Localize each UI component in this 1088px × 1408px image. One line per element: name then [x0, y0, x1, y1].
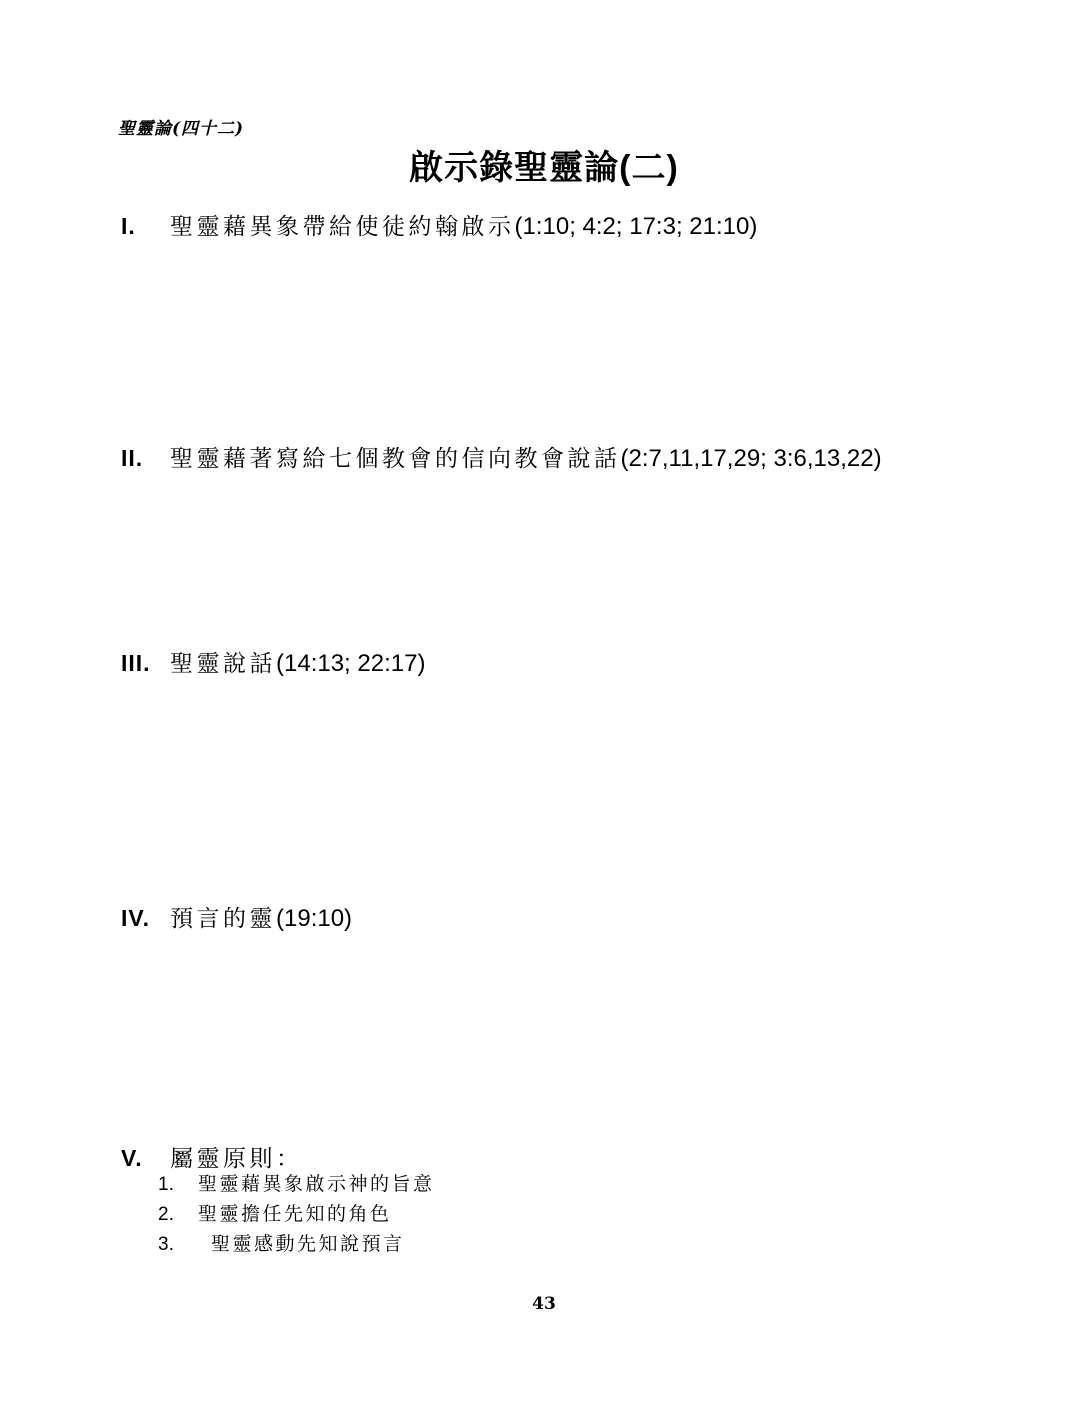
- subitem-1-number: 1.: [158, 1174, 198, 1196]
- section-iii-verse-refs: (14:13; 22:17): [276, 650, 425, 677]
- section-v-numeral: V.: [121, 1145, 170, 1172]
- document-page: 聖靈論(四十二) 啟示錄聖靈論(二) I. 聖靈藉異象帶給使徒約翰啟示(1:10…: [0, 0, 1088, 1408]
- section-i-text: 聖靈藉異象帶給使徒約翰啟示(1:10; 4:2; 17:3; 21:10): [170, 208, 757, 241]
- subitem-2-number: 2.: [158, 1204, 198, 1226]
- section-ii-verse-refs: (2:7,11,17,29; 3:6,13,22): [621, 445, 882, 472]
- section-iv: IV. 預言的靈(19:10): [121, 900, 352, 933]
- subitem-1-text: 聖靈藉異象啟示神的旨意: [198, 1169, 435, 1196]
- subitem-3-number: 3.: [158, 1234, 198, 1256]
- section-iii-text-zh: 聖靈說話: [170, 650, 276, 676]
- section-i-text-zh: 聖靈藉異象帶給使徒約翰啟示: [170, 213, 515, 239]
- page-title: 啟示錄聖靈論(二): [0, 140, 1088, 189]
- list-item: 2. 聖靈擔任先知的角色: [158, 1199, 435, 1229]
- section-iv-numeral: IV.: [121, 905, 170, 932]
- section-v-text-zh: 屬靈原則：: [170, 1145, 303, 1171]
- section-i-verse-refs: (1:10; 4:2; 17:3; 21:10): [515, 213, 758, 240]
- subitem-3-text: 聖靈感動先知說預言: [211, 1229, 405, 1256]
- section-ii-text: 聖靈藉著寫給七個教會的信向教會說話(2:7,11,17,29; 3:6,13,2…: [170, 440, 882, 473]
- section-iv-text: 預言的靈(19:10): [170, 900, 352, 933]
- subitem-2-text: 聖靈擔任先知的角色: [198, 1199, 392, 1226]
- section-i-numeral: I.: [121, 213, 170, 240]
- section-iii-numeral: III.: [121, 650, 170, 677]
- section-ii: II. 聖靈藉著寫給七個教會的信向教會說話(2:7,11,17,29; 3:6,…: [121, 440, 882, 473]
- section-iii: III. 聖靈說話(14:13; 22:17): [121, 645, 425, 678]
- section-ii-text-zh: 聖靈藉著寫給七個教會的信向教會說話: [170, 445, 621, 471]
- section-iii-text: 聖靈說話(14:13; 22:17): [170, 645, 425, 678]
- document-header: 聖靈論(四十二): [118, 114, 244, 139]
- list-item: 1. 聖靈藉異象啟示神的旨意: [158, 1169, 435, 1199]
- page-number: 43: [0, 1294, 1088, 1314]
- section-ii-numeral: II.: [121, 445, 170, 472]
- section-iv-verse-refs: (19:10): [276, 905, 352, 932]
- section-v-subitem-list: 1. 聖靈藉異象啟示神的旨意 2. 聖靈擔任先知的角色 3. 聖靈感動先知說預言: [158, 1169, 435, 1259]
- section-iv-text-zh: 預言的靈: [170, 905, 276, 931]
- section-i: I. 聖靈藉異象帶給使徒約翰啟示(1:10; 4:2; 17:3; 21:10): [121, 208, 757, 241]
- list-item: 3. 聖靈感動先知說預言: [158, 1229, 435, 1259]
